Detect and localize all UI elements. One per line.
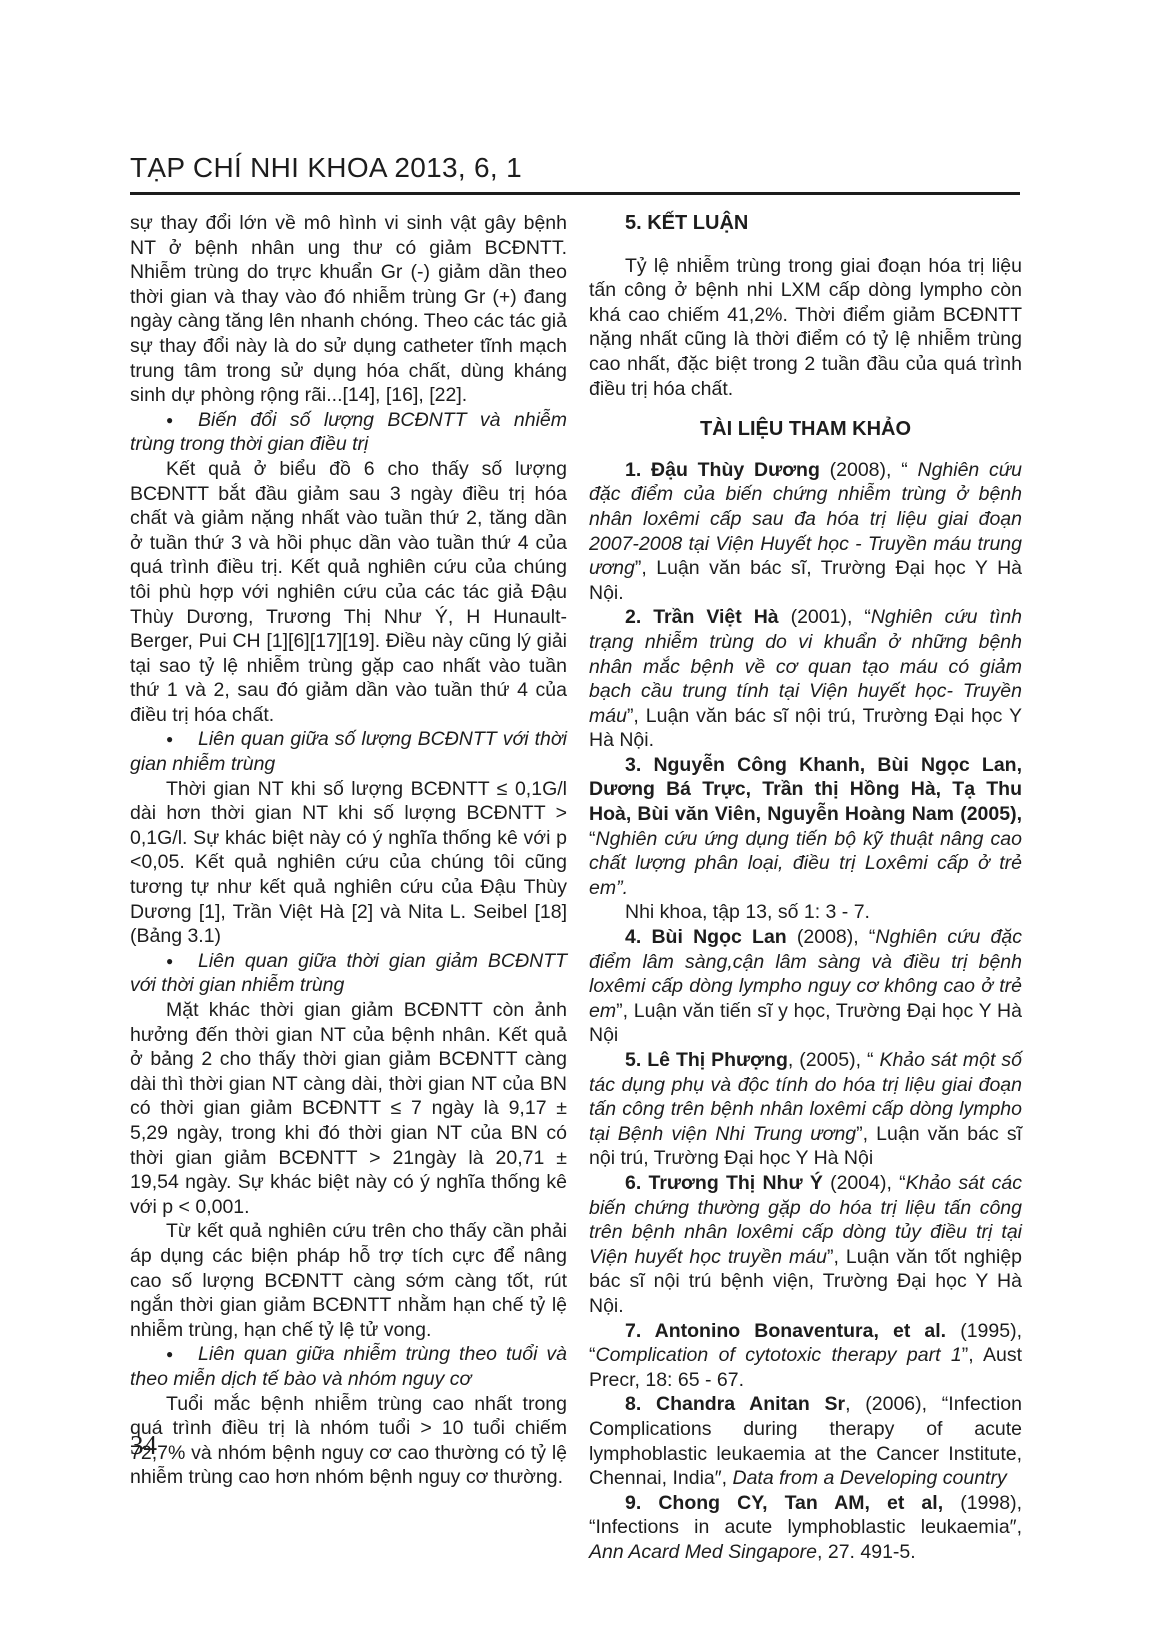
text-run: , 27. 491-5.: [817, 1541, 916, 1563]
paragraph: Thời gian NT khi số lượng BCĐNTT ≤ 0,1G/…: [130, 777, 567, 949]
bullet-icon: ●: [166, 949, 198, 974]
text-run: Ann Acard Med Singapore: [589, 1541, 817, 1563]
bullet-item: ●Liên quan giữa số lượng BCĐNTT với thời…: [130, 727, 567, 776]
reference-item: 8. Chandra Anitan Sr, (2006), “Infection…: [589, 1392, 1022, 1490]
text-run: 3. Nguyễn Công Khanh, Bùi Ngọc Lan, Dươn…: [589, 754, 1022, 825]
right-column: 5. KẾT LUẬNTỷ lệ nhiễm trùng trong giai …: [589, 211, 1022, 1564]
paragraph: sự thay đổi lớn về mô hình vi sinh vật g…: [130, 211, 567, 408]
text-run: 2. Trần Việt Hà: [625, 606, 791, 628]
text-run: (2008), “: [830, 459, 918, 481]
paragraph: Mặt khác thời gian giảm BCĐNTT còn ảnh h…: [130, 998, 567, 1219]
text-run: ”, Luận văn bác sĩ, Trường Đại học Y Hà …: [589, 557, 1022, 604]
text-run: (2008), “: [797, 926, 875, 948]
text-run: Nhi khoa, tập 13, số 1: 3 - 7.: [625, 901, 870, 923]
text-run: ”, Luận văn tiến sĩ y học, Trường Đại họ…: [589, 1000, 1022, 1047]
bullet-item: ●Liên quan giữa nhiễm trùng theo tuổi và…: [130, 1342, 567, 1391]
text-run: 8. Chandra Anitan Sr: [625, 1393, 845, 1415]
text-run: Data from a Developing country: [733, 1467, 1007, 1489]
text-run: Tỷ lệ nhiễm trùng trong giai đoạn hóa tr…: [589, 255, 1022, 400]
header-rule: [130, 192, 1020, 195]
reference-item: 4. Bùi Ngọc Lan (2008), “Nghiên cứu đặc …: [589, 925, 1022, 1048]
text-run: Mặt khác thời gian giảm BCĐNTT còn ảnh h…: [130, 999, 567, 1218]
text-run: 7. Antonino Bonaventura, et al.: [625, 1320, 960, 1342]
reference-item: 9. Chong CY, Tan AM, et al, (1998), “Inf…: [589, 1491, 1022, 1565]
bullet-icon: ●: [166, 1342, 198, 1367]
text-run: Complication of cytotoxic therapy part 1: [596, 1344, 962, 1366]
reference-item: 3. Nguyễn Công Khanh, Bùi Ngọc Lan, Dươn…: [589, 753, 1022, 901]
left-column: sự thay đổi lớn về mô hình vi sinh vật g…: [130, 211, 567, 1490]
text-run: ”, Luận văn bác sĩ nội trú, Trường Đại h…: [589, 705, 1022, 752]
bullet-item: ●Liên quan giữa thời gian giảm BCĐNTT vớ…: [130, 949, 567, 998]
reference-item: 5. Lê Thị Phượng, (2005), “ Khảo sát một…: [589, 1048, 1022, 1171]
journal-header: TẠP CHÍ NHI KHOA 2013, 6, 1: [130, 152, 522, 184]
text-run: sự thay đổi lớn về mô hình vi sinh vật g…: [130, 212, 567, 406]
text-run: TÀI LIỆU THAM KHẢO: [700, 418, 911, 440]
paragraph: Nhi khoa, tập 13, số 1: 3 - 7.: [589, 900, 1022, 925]
journal-page: TẠP CHÍ NHI KHOA 2013, 6, 1 sự thay đổi …: [0, 0, 1157, 1637]
text-run: (2001), “: [791, 606, 871, 628]
page-number: 34: [130, 1430, 157, 1461]
bullet-icon: ●: [166, 727, 198, 752]
text-run: (2004), “: [830, 1172, 906, 1194]
text-run: Thời gian NT khi số lượng BCĐNTT ≤ 0,1G/…: [130, 778, 567, 948]
text-run: Nghiên cứu ứng dụng tiến bộ kỹ thuật nân…: [589, 828, 1022, 899]
section-heading: 5. KẾT LUẬN: [589, 211, 1022, 236]
paragraph: Tỷ lệ nhiễm trùng trong giai đoạn hóa tr…: [589, 254, 1022, 402]
text-run: , (2005), “: [788, 1049, 880, 1071]
text-run: 4. Bùi Ngọc Lan: [625, 926, 797, 948]
text-run: Từ kết quả nghiên cứu trên cho thấy cần …: [130, 1220, 567, 1340]
text-run: 5. KẾT LUẬN: [625, 212, 748, 234]
text-run: 9. Chong CY, Tan AM, et al,: [625, 1492, 960, 1514]
bullet-item: ●Biến đổi số lượng BCĐNTT và nhiễm trùng…: [130, 408, 567, 457]
section-heading-centered: TÀI LIỆU THAM KHẢO: [589, 417, 1022, 442]
paragraph: Kết quả ở biểu đồ 6 cho thấy số lượng BC…: [130, 457, 567, 728]
bullet-icon: ●: [166, 408, 198, 433]
text-run: 6. Trương Thị Như Ý: [625, 1172, 830, 1194]
text-run: 1. Đậu Thùy Dương: [625, 459, 830, 481]
text-run: Tuổi mắc bệnh nhiễm trùng cao nhất trong…: [130, 1393, 567, 1489]
reference-item: 2. Trần Việt Hà (2001), “Nghiên cứu tình…: [589, 605, 1022, 753]
text-run: 5. Lê Thị Phượng: [625, 1049, 788, 1071]
text-run: Kết quả ở biểu đồ 6 cho thấy số lượng BC…: [130, 458, 567, 726]
paragraph: Tuổi mắc bệnh nhiễm trùng cao nhất trong…: [130, 1392, 567, 1490]
reference-item: 6. Trương Thị Như Ý (2004), “Khảo sát cá…: [589, 1171, 1022, 1319]
paragraph: Từ kết quả nghiên cứu trên cho thấy cần …: [130, 1219, 567, 1342]
reference-item: 7. Antonino Bonaventura, et al. (1995), …: [589, 1319, 1022, 1393]
reference-item: 1. Đậu Thùy Dương (2008), “ Nghiên cứu đ…: [589, 458, 1022, 606]
